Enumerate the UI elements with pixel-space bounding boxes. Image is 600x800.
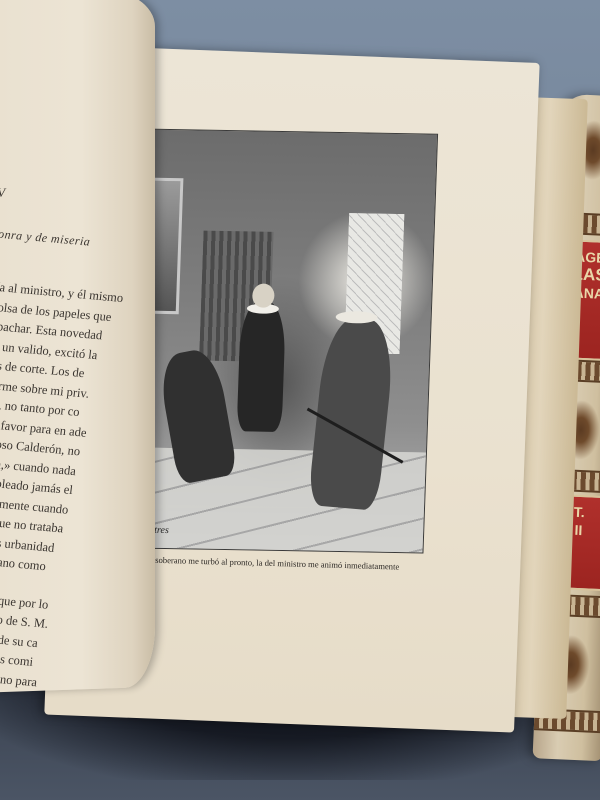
chapter-subtitle: honra y de miseria xyxy=(0,224,142,257)
left-page-text: V honra y de miseria ecía al ministro, y… xyxy=(0,182,147,693)
chapter-mark: V xyxy=(0,182,147,215)
book-photo-scene: AGE LAS ANA T. II Apel·les Me xyxy=(0,0,600,800)
left-page: V honra y de miseria ecía al ministro, y… xyxy=(0,0,155,693)
nobleman-ruff-collar xyxy=(335,311,377,324)
seated-king-figure xyxy=(237,301,287,432)
